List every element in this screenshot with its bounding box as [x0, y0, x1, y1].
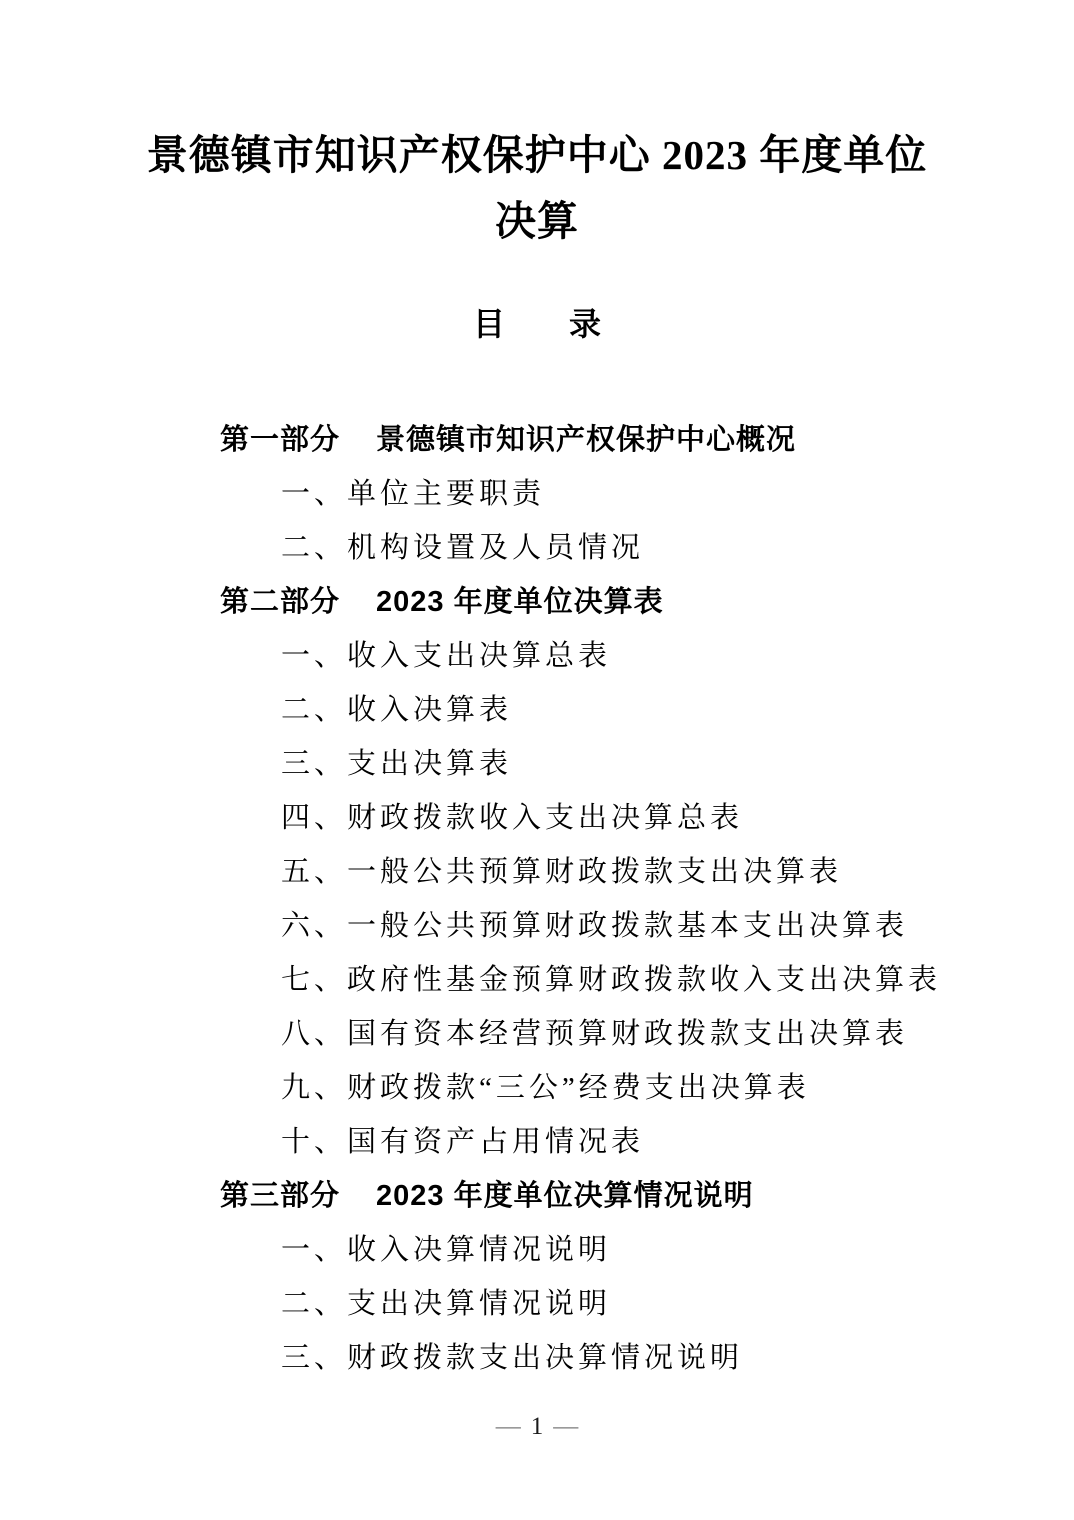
toc-item-number: 二、	[281, 687, 347, 728]
toc-item-title: 收入支出决算总表	[347, 633, 611, 674]
toc-item-number: 十、	[281, 1119, 347, 1160]
toc-item-title: 政府性基金预算财政拨款收入支出决算表	[347, 957, 941, 998]
toc-item-title: 财政拨款支出决算情况说明	[347, 1335, 743, 1376]
footer-dash-right: —	[553, 1413, 578, 1440]
toc-item-number: 四、	[281, 795, 347, 836]
toc-item-number: 一、	[281, 633, 347, 674]
toc-item-row: 二、 收入决算表	[220, 680, 1014, 734]
toc-item-row: 七、 政府性基金预算财政拨款收入支出决算表	[220, 950, 1014, 1004]
toc-item-row: 二、 支出决算情况说明	[220, 1274, 1014, 1328]
toc-section-title: 景德镇市知识产权保护中心概况	[376, 417, 796, 458]
toc-item-row: 一、 收入支出决算总表	[220, 626, 1014, 680]
toc-item-title: 支出决算表	[347, 741, 512, 782]
toc-item-row: 二、 机构设置及人员情况	[220, 518, 1014, 572]
toc-item-number: 七、	[281, 957, 347, 998]
toc-item-number: 三、	[281, 1335, 347, 1376]
toc-item-row: 六、 一般公共预算财政拨款基本支出决算表	[220, 896, 1014, 950]
toc-item-number: 三、	[281, 741, 347, 782]
toc-item-row: 一、 收入决算情况说明	[220, 1220, 1014, 1274]
toc-item-number: 六、	[281, 903, 347, 944]
toc-item-number: 二、	[281, 1281, 347, 1322]
toc-section-number: 第二部分	[220, 579, 340, 620]
document-title-line-1: 景德镇市知识产权保护中心 2023 年度单位	[60, 122, 1014, 188]
toc-item-title: 国有资产占用情况表	[347, 1119, 644, 1160]
toc-item-title: 单位主要职责	[347, 471, 545, 512]
toc-section-row: 第三部分 2023 年度单位决算情况说明	[220, 1166, 1014, 1220]
toc-item-title: 财政拨款“三公”经费支出决算表	[347, 1065, 810, 1106]
toc-item-title: 收入决算表	[347, 687, 512, 728]
footer-dash-left: —	[496, 1413, 521, 1440]
toc-section-row: 第一部分 景德镇市知识产权保护中心概况	[220, 410, 1014, 464]
toc-section-title: 2023 年度单位决算表	[376, 579, 664, 620]
toc-item-number: 八、	[281, 1011, 347, 1052]
page-number: 1	[531, 1413, 544, 1440]
toc-item-title: 一般公共预算财政拨款基本支出决算表	[347, 903, 908, 944]
toc-item-number: 九、	[281, 1065, 347, 1106]
page-footer: —1—	[0, 1408, 1074, 1446]
toc-section-number: 第三部分	[220, 1173, 340, 1214]
toc-item-title: 国有资本经营预算财政拨款支出决算表	[347, 1011, 908, 1052]
toc-item-row: 三、 支出决算表	[220, 734, 1014, 788]
toc-item-title: 收入决算情况说明	[347, 1227, 611, 1268]
toc-item-row: 十、 国有资产占用情况表	[220, 1112, 1014, 1166]
toc-item-title: 一般公共预算财政拨款支出决算表	[347, 849, 842, 890]
toc-item-row: 四、 财政拨款收入支出决算总表	[220, 788, 1014, 842]
toc-item-number: 一、	[281, 1227, 347, 1268]
toc-item-number: 一、	[281, 471, 347, 512]
document-title: 景德镇市知识产权保护中心 2023 年度单位 决算	[60, 122, 1014, 254]
toc-item-row: 九、 财政拨款“三公”经费支出决算表	[220, 1058, 1014, 1112]
toc-item-number: 二、	[281, 525, 347, 566]
toc-item-row: 五、 一般公共预算财政拨款支出决算表	[220, 842, 1014, 896]
toc-item-row: 三、 财政拨款支出决算情况说明	[220, 1328, 1014, 1382]
toc-section-number: 第一部分	[220, 417, 340, 458]
toc-list: 第一部分 景德镇市知识产权保护中心概况 一、 单位主要职责 二、 机构设置及人员…	[220, 410, 1014, 1382]
toc-section-title: 2023 年度单位决算情况说明	[376, 1173, 754, 1214]
toc-item-title: 机构设置及人员情况	[347, 525, 644, 566]
toc-item-row: 一、 单位主要职责	[220, 464, 1014, 518]
toc-item-number: 五、	[281, 849, 347, 890]
toc-item-title: 支出决算情况说明	[347, 1281, 611, 1322]
toc-item-row: 八、 国有资本经营预算财政拨款支出决算表	[220, 1004, 1014, 1058]
toc-item-title: 财政拨款收入支出决算总表	[347, 795, 743, 836]
toc-section-row: 第二部分 2023 年度单位决算表	[220, 572, 1014, 626]
toc-heading: 目 录	[0, 300, 1074, 348]
document-page: 景德镇市知识产权保护中心 2023 年度单位 决算 目 录 第一部分 景德镇市知…	[0, 0, 1074, 1520]
document-title-line-2: 决算	[60, 188, 1014, 254]
